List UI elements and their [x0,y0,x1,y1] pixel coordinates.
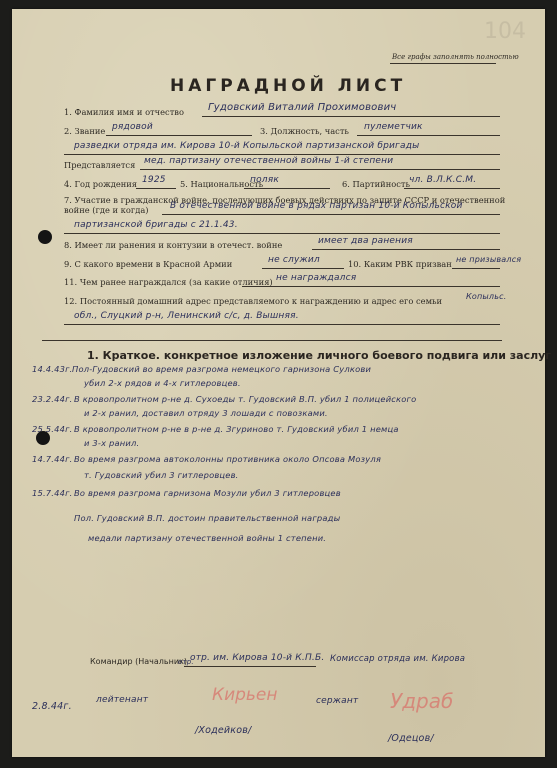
field-6-label: 6. Партийность [342,179,410,189]
commissar-label: Комиссар отряда им. Кирова [330,654,465,664]
field-1-value: Гудовский Виталий Прохимовович [208,102,396,113]
narrative-date-2: 23.2.44г. [32,394,72,404]
field-6-line [404,188,500,189]
field-11-value: не награждался [276,273,356,283]
commander-rank: лейтенант [96,695,148,705]
field-2-label: 2. Звание [64,126,105,136]
field-3-line [357,135,500,136]
field-8-label: 8. Имеет ли ранения и контузии в отечест… [64,240,282,250]
field-3-label: 3. Должность, часть [260,126,349,136]
narrative-2-line-2: и 2-х ранил, доставил отряду 3 лошади с … [84,408,328,418]
field-9-value: не служил [268,255,320,265]
commander-label: Командир (Начальник) [90,657,187,666]
field-10-value: не призывался [456,255,521,264]
narrative-4-line-1: Во время разгрома автоколонны противника… [74,454,381,464]
commander-red-signature: Кирьен [212,685,278,705]
field-3-value: пулеметчик [364,122,423,132]
punch-hole-top [38,230,52,244]
presented-value: мед. партизану отечественной войны 1-й с… [144,156,393,166]
field-7-label-line2: войне (где и когда) [64,205,149,215]
top-instruction-note: Все графы заполнять полностью [392,53,519,61]
commander-unit-line [184,666,316,667]
field-2-value: рядовой [112,122,153,132]
section-1-heading: 1. Краткое. конкретное изложение личного… [87,349,551,362]
narrative-date-4: 14.7.44г. [32,454,72,464]
section-divider [42,340,502,341]
field-9-label: 9. С какого времени в Красной Армии [64,259,232,269]
narrative-1-line-2: убил 2-х рядов и 4-х гитлеровцев. [84,378,241,388]
commander-unit: отр. им. Кирова 10-й К.П.Б. [190,653,324,663]
narrative-5-line-1: Во время разгрома гарнизона Мозули убил … [74,488,341,498]
field-8-value: имеет два ранения [318,236,413,246]
presented-label: Представляется [64,160,135,170]
signature-date: 2.8.44г. [32,701,72,712]
narrative-3-line-1: В кровопролитном р-не в р-не д. Згуринов… [74,424,399,434]
commander-name: /Ходейков/ [195,725,251,736]
narrative-date-1: 14.4.43г. [32,364,72,374]
field-4-value: 1925 [142,175,166,185]
field-6-value: чл. В.Л.К.С.М. [409,175,476,185]
commissar-rank: сержант [316,696,358,706]
narrative-date-5: 15.7.44г. [32,488,72,498]
document-title: НАГРАДНОЙ ЛИСТ [170,76,406,96]
punch-hole-bottom [36,431,50,445]
top-note-underline [390,63,496,64]
field-8-line [312,249,500,250]
narrative-3-line-2: и 3-х ранил. [84,438,139,448]
field-5-value: поляк [250,175,279,185]
presented-line [140,169,500,170]
field-7-line1 [162,214,500,215]
field-4-label: 4. Год рождения [64,179,137,189]
field-10-line [452,268,500,269]
field-3-cont-line [64,154,500,155]
field-12-line [64,324,500,325]
field-12-label: 12. Постоянный домашний адрес представля… [64,296,442,306]
field-12-value-line2: обл., Слуцкий р-н, Ленинский с/с, д. Выш… [74,311,299,321]
field-7-value-line1: В отечественной войне в рядах партизан 1… [170,201,463,211]
field-12-value-line1: Копыльс. [466,292,507,301]
narrative-6-line-1: Пол. Гудовский В.П. достоин правительств… [74,513,340,523]
field-10-label: 10. Каким РВК призван [348,259,452,269]
narrative-1-line-1: Пол-Гудовский во время разгрома немецког… [72,364,371,374]
field-1-label: 1. Фамилия имя и отчество [64,107,184,117]
field-7-line2 [64,233,500,234]
award-sheet-page: 104 Все графы заполнять полностью НАГРАД… [12,9,545,757]
narrative-6-line-2: медали партизану отечественной войны 1 с… [88,533,326,543]
field-4-line [136,188,176,189]
field-1-line [202,116,500,117]
field-3-value-continued: разведки отряда им. Кирова 10-й Копыльск… [74,141,419,151]
field-5-line [244,188,330,189]
field-7-value-line2: партизанской бригады с 21.1.43. [74,220,238,230]
narrative-4-line-2: т. Гудовский убил 3 гитлеровцев. [84,470,239,480]
field-9-line [262,268,344,269]
commissar-name: /Одецов/ [388,733,434,744]
narrative-2-line-1: В кровопролитном р-не д. Сухоеды т. Гудо… [74,394,416,404]
field-2-line [106,135,252,136]
faint-archive-number: 104 [484,19,526,44]
commissar-red-signature: Удраб [390,689,453,713]
field-11-line [242,286,500,287]
